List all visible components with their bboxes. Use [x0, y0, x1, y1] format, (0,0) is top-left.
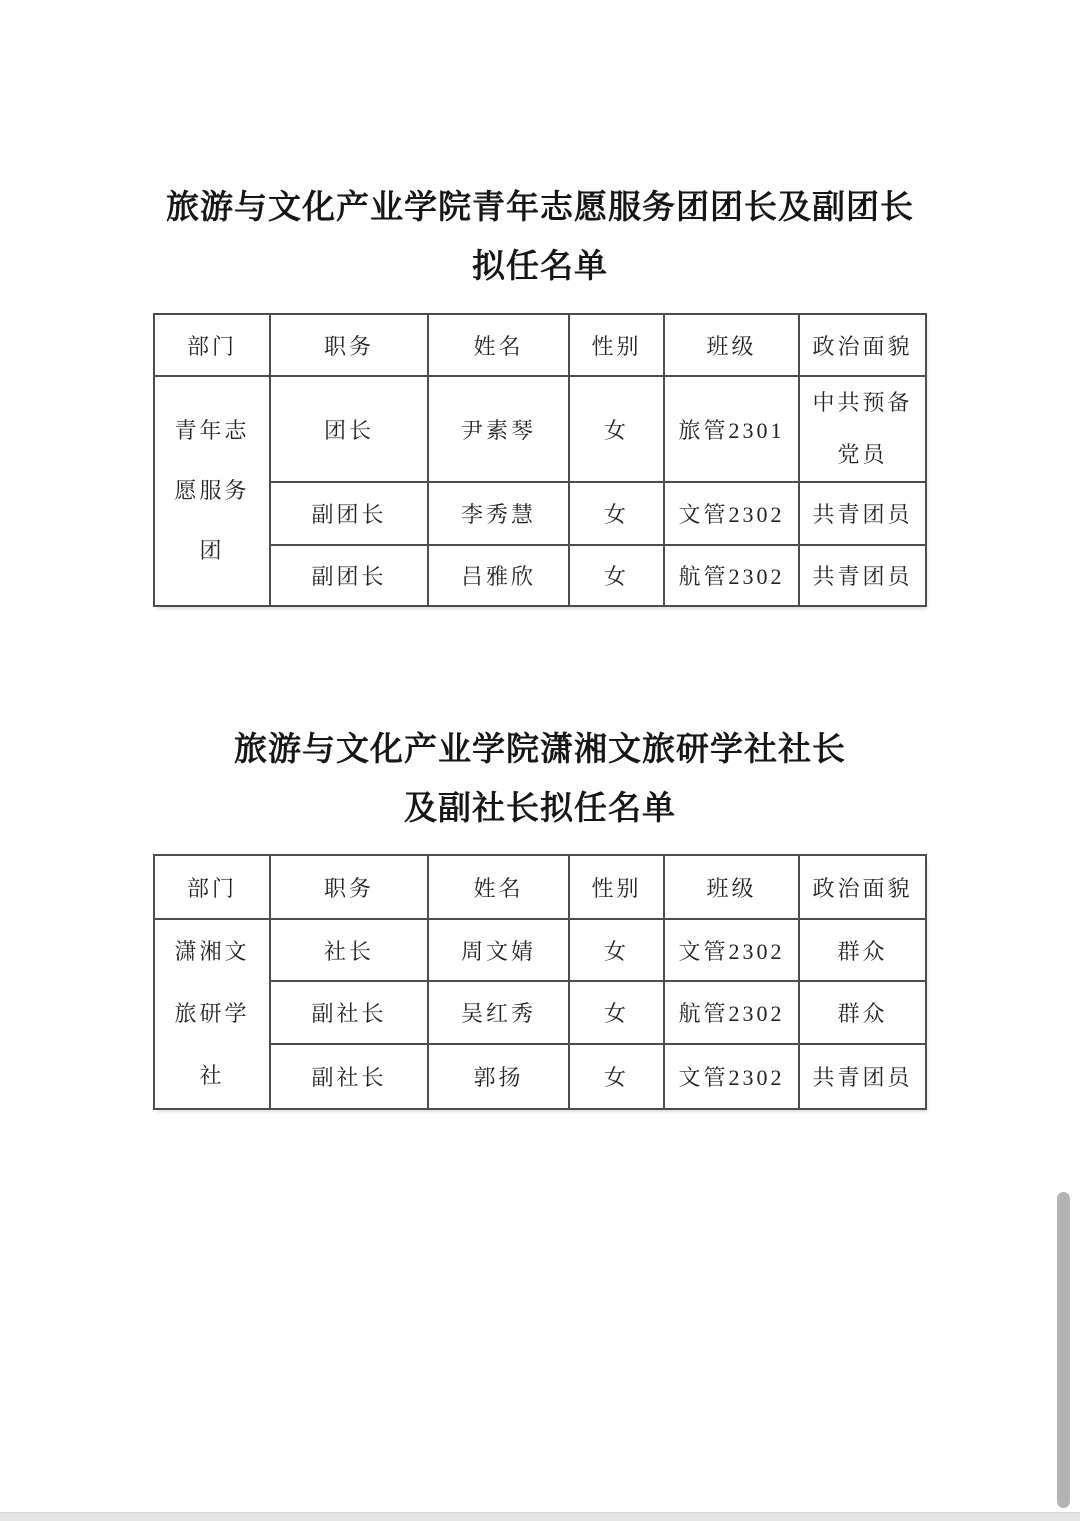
class-cell: 文管2302	[664, 919, 799, 981]
table-row: 青年志 愿服务 团 团长 尹素琴 女 旅管2301 中共预备 党员	[154, 376, 926, 482]
table-row: 副团长 李秀慧 女 文管2302 共青团员	[154, 482, 926, 545]
header-class: 班级	[664, 314, 799, 376]
political-status-cell: 共青团员	[799, 482, 926, 545]
gender-cell: 女	[569, 482, 664, 545]
gender-cell: 女	[569, 919, 664, 981]
position-cell: 副团长	[270, 545, 428, 606]
department-cell: 潇湘文 旅研学 社	[154, 919, 270, 1109]
table-header-row: 部门 职务 姓名 性别 班级 政治面貌	[154, 314, 926, 376]
table-row: 潇湘文 旅研学 社 社长 周文婧 女 文管2302 群众	[154, 919, 926, 981]
gender-cell: 女	[569, 981, 664, 1044]
header-gender: 性别	[569, 855, 664, 919]
header-position: 职务	[270, 855, 428, 919]
table-row: 副社长 吴红秀 女 航管2302 群众	[154, 981, 926, 1044]
name-cell: 郭扬	[428, 1044, 569, 1109]
table-header-row: 部门 职务 姓名 性别 班级 政治面貌	[154, 855, 926, 919]
class-cell: 文管2302	[664, 482, 799, 545]
name-cell: 周文婧	[428, 919, 569, 981]
political-status-cell: 共青团员	[799, 1044, 926, 1109]
name-cell: 吴红秀	[428, 981, 569, 1044]
section2-title: 旅游与文化产业学院潇湘文旅研学社社长 及副社长拟任名单	[0, 721, 1080, 839]
name-cell: 尹素琴	[428, 376, 569, 482]
bottom-bar	[0, 1512, 1080, 1521]
document-page: 旅游与文化产业学院青年志愿服务团团长及副团长 拟任名单 部门 职务 姓名 性别 …	[0, 0, 1080, 1521]
header-name: 姓名	[428, 855, 569, 919]
header-gender: 性别	[569, 314, 664, 376]
section1-title-line1: 旅游与文化产业学院青年志愿服务团团长及副团长	[0, 179, 1080, 238]
header-political-status: 政治面貌	[799, 855, 926, 919]
section1-title: 旅游与文化产业学院青年志愿服务团团长及副团长 拟任名单	[0, 179, 1080, 297]
political-status-cell: 群众	[799, 981, 926, 1044]
scrollbar-thumb[interactable]	[1057, 1192, 1070, 1508]
department-cell: 青年志 愿服务 团	[154, 376, 270, 606]
section2-title-line1: 旅游与文化产业学院潇湘文旅研学社社长	[0, 721, 1080, 780]
class-cell: 旅管2301	[664, 376, 799, 482]
political-status-cell: 共青团员	[799, 545, 926, 606]
position-cell: 团长	[270, 376, 428, 482]
study-society-table: 部门 职务 姓名 性别 班级 政治面貌 潇湘文 旅研学 社 社长 周文婧 女 文…	[153, 854, 927, 1110]
header-department: 部门	[154, 314, 270, 376]
header-position: 职务	[270, 314, 428, 376]
political-status-cell: 群众	[799, 919, 926, 981]
header-department: 部门	[154, 855, 270, 919]
gender-cell: 女	[569, 376, 664, 482]
header-name: 姓名	[428, 314, 569, 376]
class-cell: 文管2302	[664, 1044, 799, 1109]
header-political-status: 政治面貌	[799, 314, 926, 376]
gender-cell: 女	[569, 545, 664, 606]
name-cell: 吕雅欣	[428, 545, 569, 606]
name-cell: 李秀慧	[428, 482, 569, 545]
section2-title-line2: 及副社长拟任名单	[0, 780, 1080, 839]
class-cell: 航管2302	[664, 981, 799, 1044]
volunteer-team-table: 部门 职务 姓名 性别 班级 政治面貌 青年志 愿服务 团 团长 尹素琴 女 旅…	[153, 313, 927, 607]
header-class: 班级	[664, 855, 799, 919]
position-cell: 社长	[270, 919, 428, 981]
section1-title-line2: 拟任名单	[0, 238, 1080, 297]
gender-cell: 女	[569, 1044, 664, 1109]
position-cell: 副社长	[270, 981, 428, 1044]
table-row: 副团长 吕雅欣 女 航管2302 共青团员	[154, 545, 926, 606]
political-status-cell: 中共预备 党员	[799, 376, 926, 482]
class-cell: 航管2302	[664, 545, 799, 606]
position-cell: 副社长	[270, 1044, 428, 1109]
position-cell: 副团长	[270, 482, 428, 545]
table-row: 副社长 郭扬 女 文管2302 共青团员	[154, 1044, 926, 1109]
